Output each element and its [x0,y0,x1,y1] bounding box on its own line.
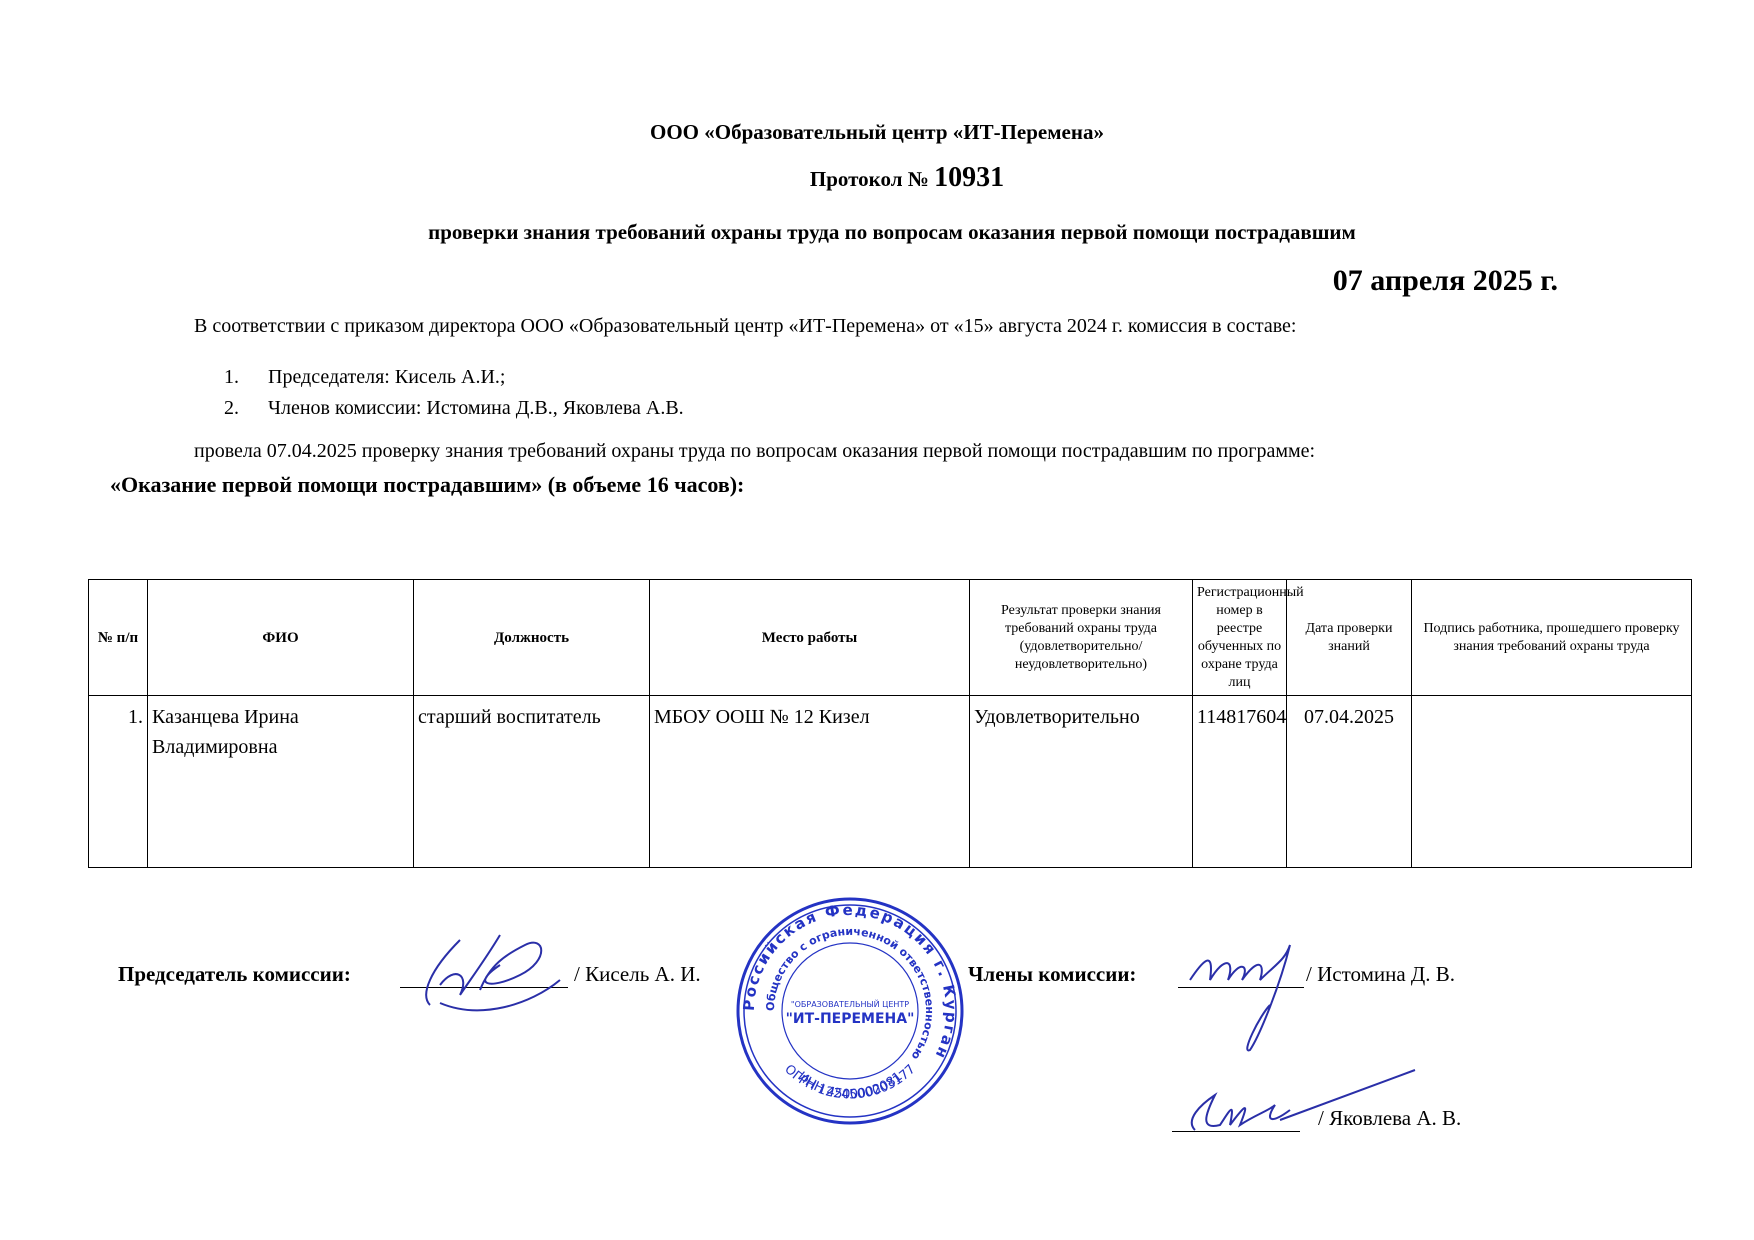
results-table: № п/п ФИО Должность Место работы Результ… [88,579,1692,868]
chair-label: Председатель комиссии: [118,962,351,987]
svg-text:"ОБРАЗОВАТЕЛЬНЫЙ ЦЕНТР: "ОБРАЗОВАТЕЛЬНЫЙ ЦЕНТР [791,998,909,1009]
col-header-number: № п/п [89,580,148,696]
member1-name: / Истомина Д. В. [1306,962,1455,987]
svg-text:ОГРН 1224500003177: ОГРН 1224500003177 [781,1062,918,1103]
protocol-title: Протокол № 10931 [0,162,1754,194]
member2-signature-icon [1180,1065,1430,1145]
member2-name: / Яковлева А. В. [1318,1106,1461,1131]
protocol-number: 10931 [934,162,1004,193]
commission-item-members: 2.Членов комиссии: Истомина Д.В., Яковле… [224,393,684,424]
chair-name: / Кисель А. И. [574,962,701,987]
chair-signature-icon [410,925,570,1025]
list-text: Членов комиссии: Истомина Д.В., Яковлева… [268,397,684,419]
cell-signature [1412,696,1692,868]
intro-paragraph: В соответствии с приказом директора ООО … [194,315,1297,338]
protocol-label: Протокол № [810,167,929,191]
cell-check-date: 07.04.2025 [1287,696,1412,868]
company-stamp-icon: Российская Федерация г. Курган Общество … [734,895,966,1127]
col-header-result: Результат проверки знания требований охр… [970,580,1193,696]
list-text: Председателя: Кисель А.И.; [268,366,505,388]
cell-result: Удовлетворительно [970,696,1193,868]
col-header-signature: Подпись работника, прошедшего проверку з… [1412,580,1692,696]
table-row: 1. Казанцева Ирина Владимировна старший … [89,696,1692,868]
conducted-paragraph: провела 07.04.2025 проверку знания требо… [194,440,1315,463]
table-header-row: № п/п ФИО Должность Место работы Результ… [89,580,1692,696]
list-number: 2. [224,393,268,424]
commission-list: 1.Председателя: Кисель А.И.; 2.Членов ко… [224,362,684,424]
cell-position: старший воспитатель [414,696,650,868]
col-header-reg-number: Регистрационный номер в реестре обученны… [1193,580,1287,696]
col-header-position: Должность [414,580,650,696]
organization-title: ООО «Образовательный центр «ИТ-Перемена» [0,120,1754,145]
svg-text:"ИТ-ПЕРЕМЕНА": "ИТ-ПЕРЕМЕНА" [786,1011,915,1027]
protocol-subtitle: проверки знания требований охраны труда … [0,220,1754,245]
col-header-workplace: Место работы [650,580,970,696]
cell-workplace: МБОУ ООШ № 12 Кизел [650,696,970,868]
members-label: Члены комиссии: [968,962,1136,987]
cell-name: Казанцева Ирина Владимировна [148,696,414,868]
program-title: «Оказание первой помощи пострадавшим» (в… [110,472,744,498]
cell-number: 1. [89,696,148,868]
commission-item-chair: 1.Председателя: Кисель А.И.; [224,362,684,393]
protocol-date: 07 апреля 2025 г. [1333,264,1558,298]
member1-signature-icon [1180,935,1320,1065]
list-number: 1. [224,362,268,393]
col-header-name: ФИО [148,580,414,696]
col-header-check-date: Дата проверки знаний [1287,580,1412,696]
cell-reg-number: 114817604 [1193,696,1287,868]
